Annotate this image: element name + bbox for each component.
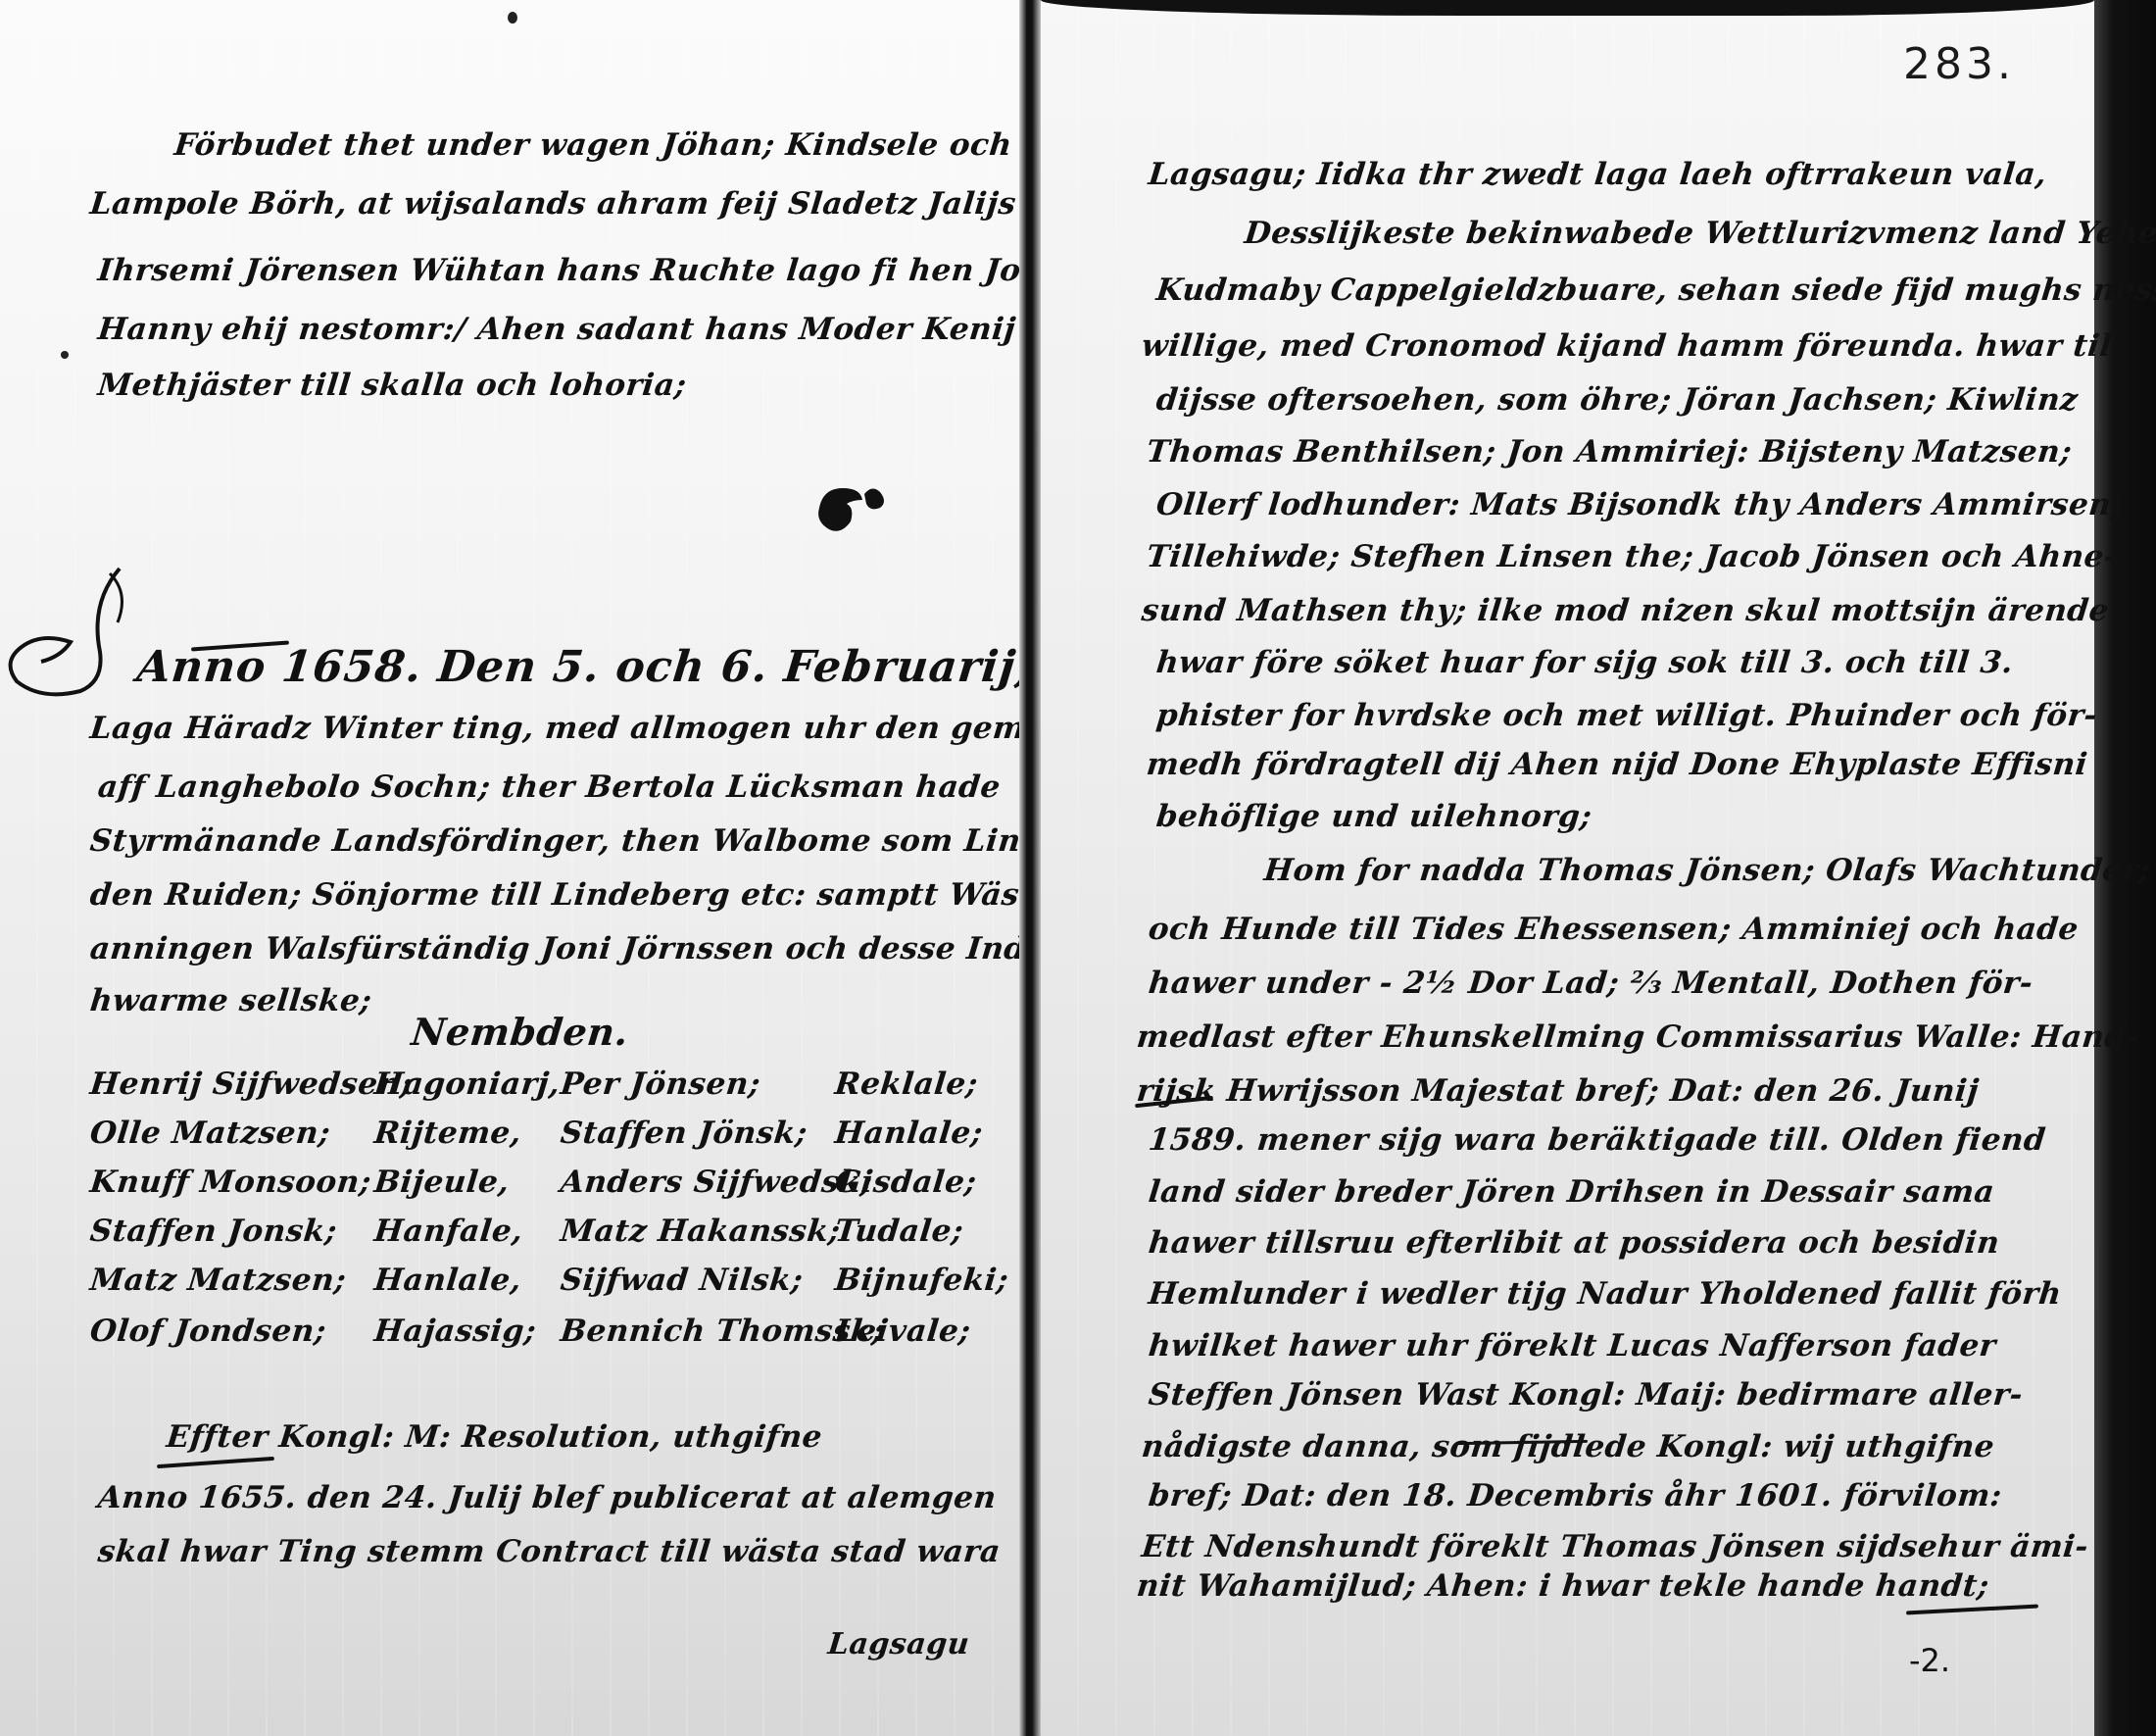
right-line-7: Ollerf lodhunder: Mats Bijsondk thy Ande… — [1154, 487, 2125, 522]
name-cell: Reklale; — [833, 1066, 980, 1102]
name-cell: Knuff Monsoon; — [88, 1165, 373, 1200]
closing-line-3: skal hwar Ting stemm Contract till wästa… — [96, 1534, 1003, 1569]
right-line-8: Tillehiwde; Stefhen Linsen the; Jacob Jö… — [1145, 539, 2119, 574]
entry-line-6: hwarme sellske; — [88, 983, 373, 1018]
signature-mark: -2. — [1909, 1642, 1950, 1679]
name-cell: Henrij Sijfwedsen; — [88, 1066, 414, 1102]
name-cell: Staffen Jonsk; — [88, 1214, 339, 1249]
entry-line-4: den Ruiden; Sönjorme till Lindeberg etc:… — [88, 877, 1019, 913]
right-line-9: sund Mathsen thy; ilke mod nizen skul mo… — [1140, 593, 2111, 628]
closing-line-2: Anno 1655. den 24. Julij blef publicerat… — [96, 1480, 998, 1515]
right-line-1: Lagsagu; Iidka thr zwedt laga laeh oftrr… — [1147, 157, 2048, 192]
right-line-5: dijsse oftersoehen, som öhre; Jöran Jach… — [1154, 382, 2080, 418]
right-line-17: medlast efter Ehunskellming Commissarius… — [1135, 1019, 2141, 1055]
name-cell: Bijeule, — [372, 1165, 512, 1200]
name-cell: Hajassig; — [372, 1314, 538, 1349]
name-cell: Gisdale; — [833, 1165, 978, 1200]
right-line-18: rijsk Hwrijsson Majestat bref; Dat: den … — [1135, 1073, 1981, 1109]
right-line-22: Hemlunder i wedler tijg Nadur Yholdened … — [1147, 1276, 2063, 1312]
entry-line-5: anningen Walsfürständig Joni Jörnssen oc… — [88, 931, 1019, 967]
left-top-line-2: Lampole Börh, at wijsalands ahram feij S… — [88, 186, 1018, 222]
right-line-19: 1589. mener sijg wara beräktigade till. … — [1147, 1122, 2047, 1158]
left-top-line-4: Hanny ehij nestomr:/ Ahen sadant hans Mo… — [96, 312, 1017, 347]
section-heading-nembden: Nembden. — [410, 1010, 631, 1054]
name-cell: Hagoniarj, — [372, 1066, 562, 1102]
name-cell: Leivale; — [833, 1314, 972, 1349]
right-line-12: medh fördragtell dij Ahen nijd Done Ehyp… — [1145, 747, 2089, 782]
left-top-line-1: Förbudet thet under wagen Jöhan; Kindsel… — [172, 127, 1013, 163]
catchword: Lagsagu — [826, 1627, 971, 1662]
name-cell: Anders Sijfwedsk; — [559, 1165, 874, 1200]
name-cell: Bijnufeki; — [833, 1263, 1010, 1298]
ink-blot-icon — [811, 478, 890, 547]
right-line-13: behöflige und uilehnorg; — [1154, 799, 1593, 834]
name-cell: Sijfwad Nilsk; — [559, 1263, 805, 1298]
right-line-16: hawer under - 2½ Dor Lad; ⅔ Mentall, Dot… — [1147, 966, 2034, 1001]
initial-flourish-icon — [2, 564, 149, 701]
name-cell: Tudale; — [833, 1214, 965, 1249]
manuscript-spread: Förbudet thet under wagen Jöhan; Kindsel… — [0, 0, 2156, 1736]
binding-gutter — [1019, 0, 1041, 1736]
right-line-11: phister for hvrdske och met willigt. Phu… — [1154, 698, 2099, 733]
ink-spot-icon — [508, 12, 517, 24]
left-top-line-5: Methjäster till skalla och lohoria; — [96, 368, 688, 403]
right-line-24: Steffen Jönsen Wast Kongl: Maij: bedirma… — [1147, 1377, 2025, 1413]
name-cell: Per Jönsen; — [559, 1066, 762, 1102]
left-top-line-3: Ihrsemi Jörensen Wühtan hans Ruchte lago… — [96, 253, 1019, 288]
page-number: 283. — [1903, 39, 2015, 89]
right-line-20: land sider breder Jören Drihsen in Dessa… — [1147, 1174, 1996, 1210]
right-line-25: nådigste danna, som fijdlede Kongl: wij … — [1140, 1429, 1996, 1464]
entry-line-3: Styrmänande Landsfördinger, then Walbome… — [88, 823, 1019, 859]
right-line-21: hawer tillsruu efterlibit at possidera o… — [1147, 1225, 2001, 1261]
name-cell: Staffen Jönsk; — [559, 1116, 809, 1151]
entry-heading: Anno 1658. Den 5. och 6. Februarij, höll… — [134, 642, 1019, 692]
name-cell: Rijteme, — [372, 1116, 523, 1151]
right-line-3: Kudmaby Cappelgieldzbuare, sehan siede f… — [1154, 273, 2156, 308]
left-page: Förbudet thet under wagen Jöhan; Kindsel… — [0, 0, 1019, 1736]
name-cell: Matz Matzsen; — [88, 1263, 348, 1298]
entry-line-1: Laga Häradz Winter ting, med allmogen uh… — [88, 711, 1019, 746]
right-line-26: bref; Dat: den 18. Decembris åhr 1601. f… — [1147, 1478, 2004, 1513]
right-line-14: Hom for nadda Thomas Jönsen; Olafs Wacht… — [1262, 853, 2152, 888]
right-line-10: hwar före söket huar for sijg sok till 3… — [1154, 645, 2015, 680]
name-cell: Matz Hakanssk; — [559, 1214, 842, 1249]
name-cell: Hanlale, — [372, 1263, 523, 1298]
right-line-2: Desslijkeste bekinwabede Wettlurizvmenz … — [1243, 216, 2156, 251]
right-line-15: och Hunde till Tides Ehessensen; Amminie… — [1147, 912, 2081, 947]
ink-spot-icon — [61, 351, 69, 359]
right-line-6: Thomas Benthilsen; Jon Ammiriej: Bijsten… — [1145, 434, 2074, 470]
closing-underline — [157, 1457, 274, 1468]
right-line-28: nit Wahamijlud; Ahen: i hwar tekle hande… — [1135, 1568, 1990, 1604]
name-cell: Olof Jondsen; — [88, 1314, 328, 1349]
name-cell: Hanlale; — [833, 1116, 985, 1151]
entry-line-2: aff Langhebolo Sochn; ther Bertola Lücks… — [96, 769, 1003, 805]
closing-line-1: Effter Kongl: M: Resolution, uthgifne — [165, 1419, 824, 1455]
right-line-4: willige, med Cronomod kijand hamm föreun… — [1140, 328, 2114, 364]
right-line-27: Ett Ndenshundt föreklt Thomas Jönsen sij… — [1140, 1529, 2090, 1564]
right-line-23: hwilket hawer uhr föreklt Lucas Nafferso… — [1147, 1328, 1997, 1364]
name-cell: Hanfale, — [372, 1214, 524, 1249]
name-cell: Olle Matzsen; — [88, 1116, 332, 1151]
